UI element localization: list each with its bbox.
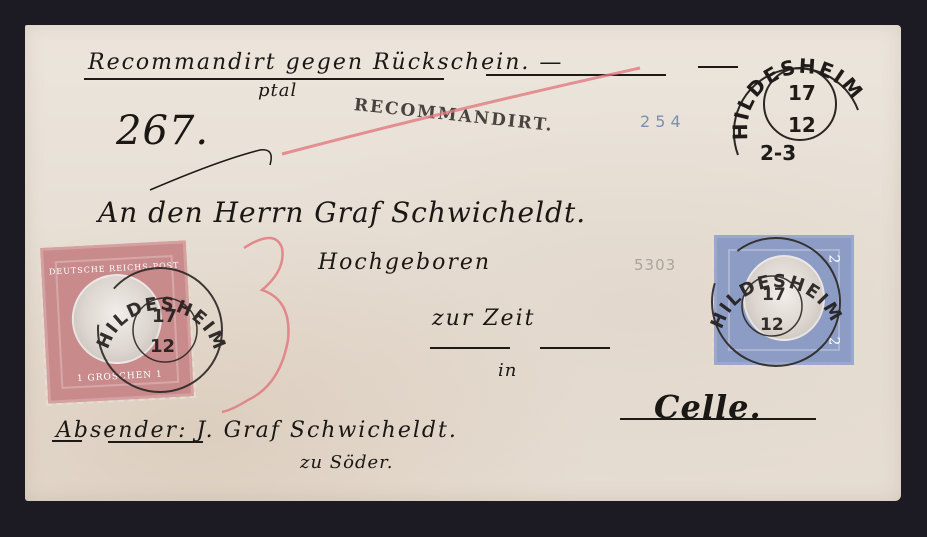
stamp-1-groschen-red: DEUTSCHE REICHS-POST 1 GROSCHEN 1: [43, 243, 191, 400]
destination-city: Celle.: [654, 388, 762, 426]
sender-line: Absender: J. Graf Schwicheldt.: [56, 418, 458, 443]
address-line-4: in: [498, 360, 517, 381]
underline-zeit: [540, 347, 610, 349]
grey-pencil-note: 5303: [634, 256, 676, 274]
dash-top: [698, 66, 738, 68]
eagle-emblem-icon: [743, 255, 825, 341]
stamp-value-numeral: 2: [826, 255, 842, 264]
address-line-3: zur Zeit: [432, 306, 535, 331]
handwritten-registration-note: Recommandirt gegen Rückschein. —: [88, 50, 563, 75]
underline-sender-1: [52, 440, 82, 442]
blue-pencil-note: 2 5 4: [640, 112, 681, 131]
stamp-value-numeral: 2: [826, 337, 842, 346]
underline-destination: [620, 418, 816, 420]
stamp-2-groschen-blue: 2 2: [717, 238, 851, 362]
underline-top-right: [486, 74, 666, 76]
address-line-2: Hochgeboren: [318, 250, 491, 275]
underline-sender-2: [108, 441, 203, 443]
underline-zur: [430, 347, 510, 349]
handwritten-subnote: ptal: [258, 80, 297, 101]
sender-location: zu Söder.: [300, 452, 394, 473]
handwritten-number: 267.: [116, 108, 209, 154]
address-line-1: An den Herrn Graf Schwicheldt.: [98, 196, 586, 229]
